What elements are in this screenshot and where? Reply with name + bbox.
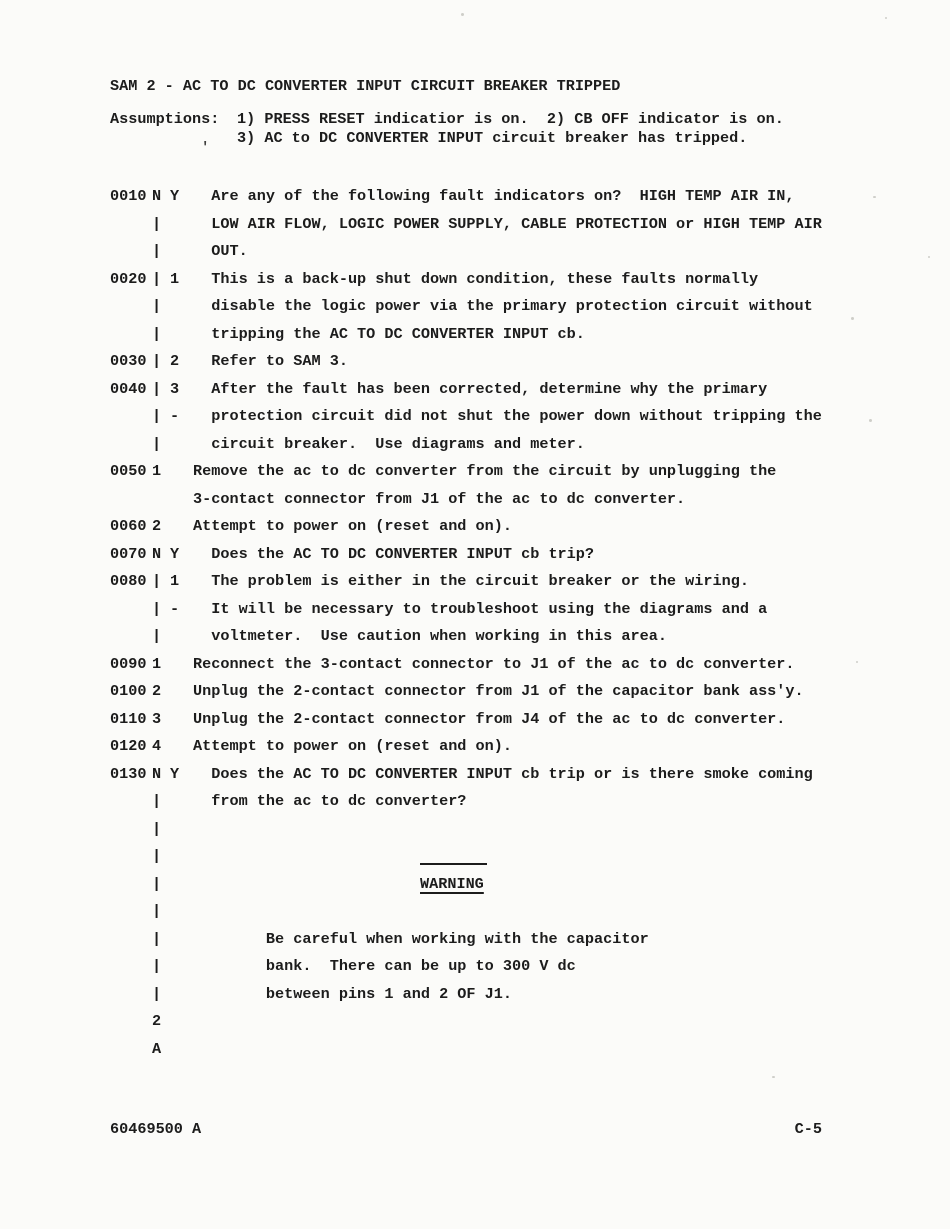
assumptions-block: Assumptions: 1) PRESS RESET indicatior i… (110, 110, 950, 148)
warning-overline (420, 843, 487, 865)
step-text-cell: from the ac to dc converter? (193, 788, 950, 816)
procedure-line: 01103Unplug the 2-contact connector from… (110, 706, 950, 734)
assumptions-label-spacer (110, 129, 237, 148)
step-number-cell: 0010 (110, 183, 152, 211)
step-text-cell (193, 898, 950, 926)
step-number-cell (110, 211, 152, 239)
step-number-cell (110, 486, 152, 514)
scan-speck (885, 17, 887, 19)
flow-cell-2 (170, 651, 193, 679)
flow-cell-2 (170, 926, 193, 954)
procedure-line: 00501Remove the ac to dc converter from … (110, 458, 950, 486)
assumptions-label: Assumptions: (110, 110, 237, 129)
step-number-cell (110, 623, 152, 651)
flow-cell-1: | (152, 898, 170, 926)
step-number-cell: 0100 (110, 678, 152, 706)
step-text-cell: disable the logic power via the primary … (193, 293, 950, 321)
step-text-cell (193, 843, 950, 871)
flow-cell-2 (170, 321, 193, 349)
flow-cell-1: | (152, 816, 170, 844)
step-text-cell: Does the AC TO DC CONVERTER INPUT cb tri… (193, 761, 950, 789)
procedure-line: 0010NY Are any of the following fault in… (110, 183, 950, 211)
step-text-cell: Does the AC TO DC CONVERTER INPUT cb tri… (193, 541, 950, 569)
flow-cell-2: Y (170, 541, 193, 569)
step-text-cell: Remove the ac to dc converter from the c… (193, 458, 950, 486)
step-text-cell: circuit breaker. Use diagrams and meter. (193, 431, 950, 459)
flow-cell-2 (170, 211, 193, 239)
flow-cell-1: 2 (152, 1008, 170, 1036)
flow-cell-1: | (152, 926, 170, 954)
step-number-cell: 0080 (110, 568, 152, 596)
step-text-cell: This is a back-up shut down condition, t… (193, 266, 950, 294)
step-text-cell: Reconnect the 3-contact connector to J1 … (193, 651, 950, 679)
step-text-cell: between pins 1 and 2 OF J1. (193, 981, 950, 1009)
step-number-cell (110, 816, 152, 844)
procedure-lines: 0010NY Are any of the following fault in… (110, 183, 950, 1063)
flow-cell-2: Y (170, 761, 193, 789)
step-number-cell (110, 1036, 152, 1064)
step-number-cell (110, 898, 152, 926)
step-text-cell: Attempt to power on (reset and on). (193, 513, 950, 541)
step-text-cell: The problem is either in the circuit bre… (193, 568, 950, 596)
procedure-line: | (110, 843, 950, 871)
flow-cell-1: N (152, 541, 170, 569)
flow-cell-1: A (152, 1036, 170, 1064)
flow-cell-2: 1 (170, 568, 193, 596)
procedure-line: | (110, 816, 950, 844)
flow-cell-1: | (152, 843, 170, 871)
flow-cell-1: 1 (152, 458, 170, 486)
step-text-cell: Are any of the following fault indicator… (193, 183, 950, 211)
flow-cell-2 (170, 898, 193, 926)
flow-cell-1: 1 (152, 651, 170, 679)
assumption-line-2: 3) AC to DC CONVERTER INPUT circuit brea… (237, 129, 747, 148)
page-content: SAM 2 - AC TO DC CONVERTER INPUT CIRCUIT… (0, 0, 950, 1139)
flow-cell-2: - (170, 596, 193, 624)
procedure-line: 2 (110, 1008, 950, 1036)
flow-cell-2 (170, 733, 193, 761)
procedure-line: | disable the logic power via the primar… (110, 293, 950, 321)
warning-heading: WARNING (420, 875, 484, 893)
flow-cell-1: | (152, 596, 170, 624)
scan-speck (873, 196, 876, 198)
procedure-line: 3-contact connector from J1 of the ac to… (110, 486, 950, 514)
procedure-line: A (110, 1036, 950, 1064)
step-number-cell: 0110 (110, 706, 152, 734)
flow-cell-2 (170, 706, 193, 734)
procedure-line: 01204Attempt to power on (reset and on). (110, 733, 950, 761)
procedure-line: | OUT. (110, 238, 950, 266)
flow-cell-1: | (152, 211, 170, 239)
step-number-cell: 0020 (110, 266, 152, 294)
scan-speck (856, 661, 858, 663)
flow-cell-1 (152, 486, 170, 514)
procedure-line: 00901Reconnect the 3-contact connector t… (110, 651, 950, 679)
step-text-cell (193, 1008, 950, 1036)
assumption-line-1: 1) PRESS RESET indicatior is on. 2) CB O… (237, 110, 784, 129)
step-number-cell (110, 953, 152, 981)
scan-speck (928, 256, 930, 258)
step-number-cell (110, 1008, 152, 1036)
step-text-cell: OUT. (193, 238, 950, 266)
procedure-line: |- protection circuit did not shut the p… (110, 403, 950, 431)
scan-speck (851, 317, 854, 320)
step-text-cell: Be careful when working with the capacit… (193, 926, 950, 954)
step-number-cell (110, 926, 152, 954)
flow-cell-2 (170, 678, 193, 706)
procedure-line: | circuit breaker. Use diagrams and mete… (110, 431, 950, 459)
flow-cell-1: 2 (152, 513, 170, 541)
step-number-cell (110, 238, 152, 266)
flow-cell-1: | (152, 403, 170, 431)
scan-speck (461, 13, 464, 16)
step-text-cell: tripping the AC TO DC CONVERTER INPUT cb… (193, 321, 950, 349)
flow-cell-1: | (152, 981, 170, 1009)
step-text-cell: Refer to SAM 3. (193, 348, 950, 376)
step-number-cell: 0030 (110, 348, 152, 376)
procedure-line: |- It will be necessary to troubleshoot … (110, 596, 950, 624)
step-number-cell: 0120 (110, 733, 152, 761)
document-page: SAM 2 - AC TO DC CONVERTER INPUT CIRCUIT… (0, 0, 950, 1229)
procedure-line: 0040|3 After the fault has been correcte… (110, 376, 950, 404)
flow-cell-1: N (152, 183, 170, 211)
scan-artifact-mark: ' (201, 140, 209, 156)
flow-cell-2 (170, 486, 193, 514)
flow-cell-2 (170, 293, 193, 321)
step-text-cell: It will be necessary to troubleshoot usi… (193, 596, 950, 624)
assumptions-row: 3) AC to DC CONVERTER INPUT circuit brea… (110, 129, 950, 148)
step-number-cell (110, 871, 152, 899)
procedure-line: 00602Attempt to power on (reset and on). (110, 513, 950, 541)
procedure-line: 0080|1 The problem is either in the circ… (110, 568, 950, 596)
procedure-line: | voltmeter. Use caution when working in… (110, 623, 950, 651)
procedure-line: | bank. There can be up to 300 V dc (110, 953, 950, 981)
step-text-cell (193, 816, 950, 844)
step-number-cell: 0060 (110, 513, 152, 541)
step-text-cell: Unplug the 2-contact connector from J1 o… (193, 678, 950, 706)
step-number-cell (110, 843, 152, 871)
procedure-line: | (110, 898, 950, 926)
procedure-line: | tripping the AC TO DC CONVERTER INPUT … (110, 321, 950, 349)
step-number-cell: 0040 (110, 376, 152, 404)
flow-cell-2 (170, 1036, 193, 1064)
step-text-cell: After the fault has been corrected, dete… (193, 376, 950, 404)
procedure-line: | Be careful when working with the capac… (110, 926, 950, 954)
step-text-cell (193, 1036, 950, 1064)
flow-cell-1: | (152, 238, 170, 266)
flow-cell-2: 2 (170, 348, 193, 376)
page-number: C-5 (795, 1120, 822, 1139)
page-title: SAM 2 - AC TO DC CONVERTER INPUT CIRCUIT… (110, 77, 950, 95)
flow-cell-2 (170, 458, 193, 486)
flow-cell-2 (170, 816, 193, 844)
procedure-line: | LOW AIR FLOW, LOGIC POWER SUPPLY, CABL… (110, 211, 950, 239)
procedure-line: 0020|1 This is a back-up shut down condi… (110, 266, 950, 294)
step-text-cell: 3-contact connector from J1 of the ac to… (193, 486, 950, 514)
flow-cell-2 (170, 238, 193, 266)
step-number-cell (110, 403, 152, 431)
document-number: 60469500 A (110, 1120, 201, 1139)
flow-cell-1: 3 (152, 706, 170, 734)
procedure-line: 01002Unplug the 2-contact connector from… (110, 678, 950, 706)
flow-cell-1: | (152, 266, 170, 294)
procedure-line: | from the ac to dc converter? (110, 788, 950, 816)
step-number-cell: 0050 (110, 458, 152, 486)
step-text-cell: Attempt to power on (reset and on). (193, 733, 950, 761)
flow-cell-2 (170, 513, 193, 541)
procedure-line: |WARNING (110, 871, 950, 899)
flow-cell-2: Y (170, 183, 193, 211)
step-number-cell (110, 788, 152, 816)
assumptions-row: Assumptions: 1) PRESS RESET indicatior i… (110, 110, 950, 129)
step-text-cell: LOW AIR FLOW, LOGIC POWER SUPPLY, CABLE … (193, 211, 950, 239)
flow-cell-2: 3 (170, 376, 193, 404)
scan-speck (772, 1076, 775, 1078)
step-number-cell (110, 431, 152, 459)
scan-speck (869, 419, 872, 422)
flow-cell-1: | (152, 321, 170, 349)
procedure-line: 0070NY Does the AC TO DC CONVERTER INPUT… (110, 541, 950, 569)
flow-cell-2 (170, 843, 193, 871)
step-number-cell (110, 293, 152, 321)
flow-cell-1: N (152, 761, 170, 789)
flow-cell-2 (170, 981, 193, 1009)
step-number-cell (110, 321, 152, 349)
flow-cell-2 (170, 871, 193, 899)
step-text-cell: voltmeter. Use caution when working in t… (193, 623, 950, 651)
procedure-line: | between pins 1 and 2 OF J1. (110, 981, 950, 1009)
flow-cell-1: 2 (152, 678, 170, 706)
step-text-cell: Unplug the 2-contact connector from J4 o… (193, 706, 950, 734)
flow-cell-2 (170, 953, 193, 981)
step-number-cell (110, 981, 152, 1009)
flow-cell-1: | (152, 376, 170, 404)
procedure-line: 0030|2 Refer to SAM 3. (110, 348, 950, 376)
flow-cell-2 (170, 431, 193, 459)
flow-cell-2: 1 (170, 266, 193, 294)
step-number-cell: 0090 (110, 651, 152, 679)
flow-cell-1: | (152, 953, 170, 981)
flow-cell-1: 4 (152, 733, 170, 761)
step-text-cell: WARNING (193, 871, 950, 899)
flow-cell-1: | (152, 623, 170, 651)
flow-cell-2 (170, 788, 193, 816)
step-number-cell (110, 596, 152, 624)
step-number-cell: 0070 (110, 541, 152, 569)
page-footer: 60469500 A C-5 (110, 1120, 822, 1139)
flow-cell-1: | (152, 871, 170, 899)
flow-cell-2 (170, 1008, 193, 1036)
step-number-cell: 0130 (110, 761, 152, 789)
flow-cell-1: | (152, 431, 170, 459)
flow-cell-2 (170, 623, 193, 651)
flow-cell-1: | (152, 568, 170, 596)
flow-cell-1: | (152, 788, 170, 816)
flow-cell-1: | (152, 348, 170, 376)
flow-cell-1: | (152, 293, 170, 321)
step-text-cell: bank. There can be up to 300 V dc (193, 953, 950, 981)
step-text-cell: protection circuit did not shut the powe… (193, 403, 950, 431)
procedure-line: 0130NY Does the AC TO DC CONVERTER INPUT… (110, 761, 950, 789)
flow-cell-2: - (170, 403, 193, 431)
